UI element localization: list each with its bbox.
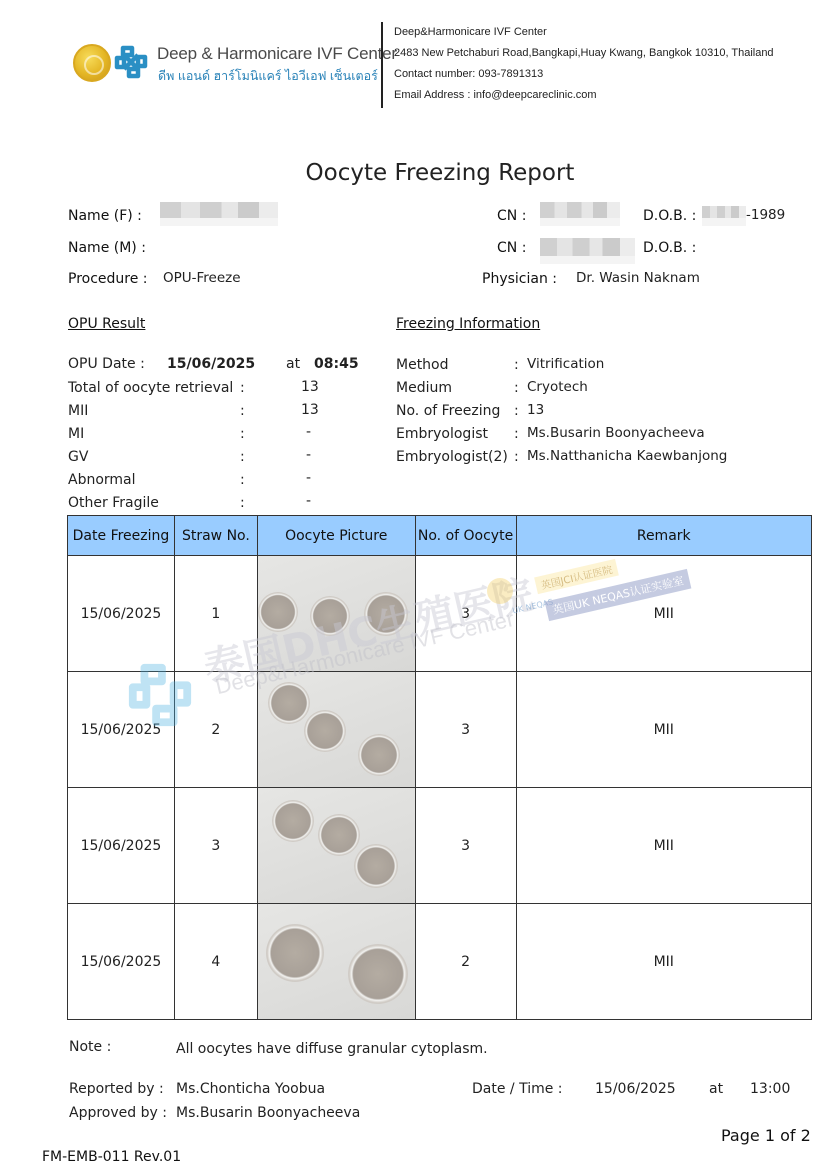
opu-row-colon: : (240, 380, 245, 396)
brand-name-en: Deep & Harmonicare IVF Center (157, 44, 397, 64)
freezing-table: Date Freezing Straw No. Oocyte Picture N… (67, 515, 812, 1020)
cell-count: 3 (415, 672, 516, 788)
cell-oocyte-picture (257, 672, 415, 788)
freezing-row-value: 13 (527, 402, 544, 418)
name-m-label: Name (M) : (68, 240, 146, 256)
report-title: Oocyte Freezing Report (0, 160, 827, 186)
table-row: 15/06/2025 1 3 MII (68, 556, 812, 672)
table-row: 15/06/2025 2 3 MII (68, 672, 812, 788)
opu-row-label: Other Fragile (68, 495, 159, 511)
cell-remark: MII (516, 788, 812, 904)
cell-count: 3 (415, 788, 516, 904)
cell-oocyte-picture (257, 788, 415, 904)
cell-straw: 3 (174, 788, 257, 904)
cell-date: 15/06/2025 (68, 672, 175, 788)
cell-straw: 4 (174, 904, 257, 1020)
opu-at-label: at (286, 356, 300, 372)
opu-time-value: 08:45 (314, 356, 359, 372)
opu-row-colon: : (240, 472, 245, 488)
opu-row-colon: : (240, 403, 245, 419)
opu-row-label: Abnormal (68, 472, 136, 488)
table-header-row: Date Freezing Straw No. Oocyte Picture N… (68, 516, 812, 556)
freezing-row-label: Embryologist (396, 426, 488, 442)
freezing-row-value: Cryotech (527, 379, 588, 395)
opu-row-colon: : (240, 426, 245, 442)
contact-phone: Contact number: 093-7891313 (394, 68, 543, 80)
opu-result-heading: OPU Result (68, 316, 145, 332)
cell-remark: MII (516, 904, 812, 1020)
header-divider (381, 22, 383, 108)
col-oocyte-picture: Oocyte Picture (257, 516, 415, 556)
col-straw-no: Straw No. (174, 516, 257, 556)
oocyte-image (258, 556, 415, 671)
cn-f-label: CN : (497, 208, 526, 224)
opu-row-colon: : (240, 495, 245, 511)
datetime-time: 13:00 (750, 1081, 790, 1097)
freezing-row-value: Ms.Natthanicha Kaewbanjong (527, 448, 727, 464)
freezing-row-colon: : (514, 380, 519, 396)
cell-count: 3 (415, 556, 516, 672)
oocyte-image (258, 672, 415, 787)
cell-straw: 1 (174, 556, 257, 672)
opu-row-colon: : (240, 449, 245, 465)
approved-by-value: Ms.Busarin Boonyacheeva (176, 1105, 360, 1121)
oocyte-image (258, 904, 415, 1019)
procedure-value: OPU-Freeze (163, 270, 241, 286)
opu-row-value: 13 (301, 379, 319, 395)
reported-by-label: Reported by : (69, 1081, 164, 1097)
jci-seal-logo (73, 44, 111, 82)
freezing-row-colon: : (514, 449, 519, 465)
opu-date-label: OPU Date : (68, 356, 145, 372)
opu-row-label: MI (68, 426, 84, 442)
opu-row-label: Total of oocyte retrieval (68, 380, 233, 396)
opu-date-value: 15/06/2025 (167, 356, 255, 372)
cn-m-redacted (540, 238, 635, 256)
freezing-row-label: Method (396, 357, 449, 373)
dob-f-redacted (702, 206, 746, 218)
note-text: All oocytes have diffuse granular cytopl… (176, 1041, 488, 1057)
clinic-clover-logo (113, 44, 149, 80)
opu-row-value: - (306, 424, 311, 440)
col-date-freezing: Date Freezing (68, 516, 175, 556)
freezing-row-value: Ms.Busarin Boonyacheeva (527, 425, 705, 441)
approved-by-label: Approved by : (69, 1105, 167, 1121)
cell-remark: MII (516, 672, 812, 788)
name-f-label: Name (F) : (68, 208, 142, 224)
freezing-row-colon: : (514, 403, 519, 419)
contact-email: Email Address : info@deepcareclinic.com (394, 89, 597, 101)
contact-address: 2483 New Petchaburi Road,Bangkapi,Huay K… (394, 47, 774, 59)
freezing-row-label: Medium (396, 380, 452, 396)
cell-oocyte-picture (257, 904, 415, 1020)
freezing-info-heading: Freezing Information (396, 316, 540, 332)
page-number: Page 1 of 2 (721, 1126, 811, 1145)
freezing-row-label: No. of Freezing (396, 403, 500, 419)
datetime-at: at (709, 1081, 723, 1097)
contact-clinic-name: Deep&Harmonicare IVF Center (394, 26, 547, 38)
opu-row-label: GV (68, 449, 88, 465)
note-label: Note : (69, 1039, 111, 1055)
form-code: FM-EMB-011 Rev.01 (42, 1149, 181, 1165)
reported-by-value: Ms.Chonticha Yoobua (176, 1081, 325, 1097)
cell-date: 15/06/2025 (68, 904, 175, 1020)
cell-count: 2 (415, 904, 516, 1020)
table-row: 15/06/2025 3 3 MII (68, 788, 812, 904)
freezing-row-colon: : (514, 426, 519, 442)
cell-remark: MII (516, 556, 812, 672)
freezing-row-colon: : (514, 357, 519, 373)
cn-m-label: CN : (497, 240, 526, 256)
cell-date: 15/06/2025 (68, 556, 175, 672)
col-remark: Remark (516, 516, 812, 556)
freezing-row-label: Embryologist(2) (396, 449, 508, 465)
physician-label: Physician : (482, 271, 557, 287)
name-f-redacted (160, 202, 278, 218)
opu-row-label: MII (68, 403, 88, 419)
datetime-label: Date / Time : (472, 1081, 563, 1097)
procedure-label: Procedure : (68, 271, 148, 287)
brand-name-th: ดีพ แอนด์ ฮาร์โมนิแคร์ ไอวีเอฟ เซ็นเตอร์ (158, 66, 378, 86)
datetime-date: 15/06/2025 (595, 1081, 676, 1097)
physician-value: Dr. Wasin Naknam (576, 270, 700, 286)
cell-straw: 2 (174, 672, 257, 788)
col-no-of-oocyte: No. of Oocyte (415, 516, 516, 556)
opu-row-value: 13 (301, 402, 319, 418)
cell-oocyte-picture (257, 556, 415, 672)
table-row: 15/06/2025 4 2 MII (68, 904, 812, 1020)
dob-f-year: -1989 (746, 207, 785, 223)
cn-f-redacted (540, 202, 620, 218)
oocyte-image (258, 788, 415, 903)
dob-m-label: D.O.B. : (643, 240, 696, 256)
opu-row-value: - (306, 447, 311, 463)
freezing-row-value: Vitrification (527, 356, 604, 372)
cell-date: 15/06/2025 (68, 788, 175, 904)
opu-row-value: - (306, 493, 311, 509)
dob-f-label: D.O.B. : (643, 208, 696, 224)
opu-row-value: - (306, 470, 311, 486)
